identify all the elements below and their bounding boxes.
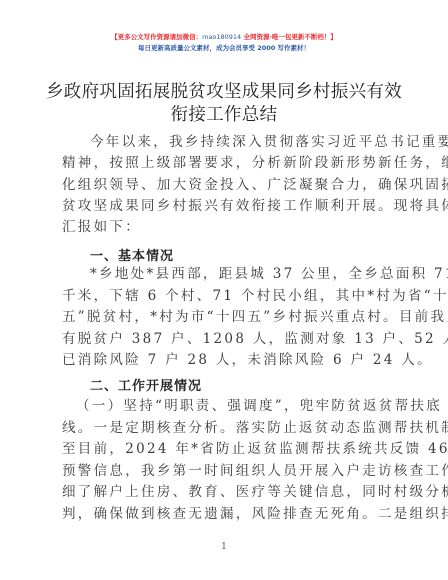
paragraph-line: 已消除风险 7 户 28 人，未消除风险 6 户 24 人。: [62, 352, 384, 368]
promo-banner-line1: 【更多公文写作资源请加微信：mao180914 全网资源·唯一包更新不断档！】: [0, 32, 448, 41]
paragraph-line: 细了解户上住房、教育、医疗等关键信息，同时村级分析研: [62, 484, 384, 500]
paragraph-line: （一）坚持“明职责、强调度”，兜牢防贫返贫帮扶底: [76, 398, 384, 414]
paragraph-line: 判，确保做到核查无遗漏，风险排查无死角。二是组织排查研: [62, 506, 384, 522]
promo-banner-line2: 每日更新高质量公文素材，成为会员享受 2000 写作素材！: [0, 43, 448, 52]
document-title-line2: 衔接工作总结: [0, 101, 448, 126]
wechat-id: mao180914: [202, 33, 241, 41]
paragraph-line: 今年以来，我乡持续深入贯彻落实习近平总书记重要讲话: [90, 134, 384, 150]
paragraph-line: 线。一是定期核查分析。落实防止返贫动态监测帮扶机制，截: [62, 420, 384, 436]
paragraph-line: *乡地处*县西部，距县城 37 公里，全乡总面积 71 平方: [90, 266, 384, 282]
section-heading-basic-info: 一、基本情况: [90, 245, 174, 264]
paragraph-line: 精神，按照上级部署要求，分析新阶段新形势新任务，继续强: [62, 155, 384, 171]
document-title-line1: 乡政府巩固拓展脱贫攻坚成果同乡村振兴有效: [0, 78, 448, 103]
paragraph-line: 五”脱贫村，*村为市“十四五”乡村振兴重点村。目前我乡共: [62, 309, 384, 325]
page-number: 1: [0, 542, 448, 552]
paragraph-line: 汇报如下：: [62, 219, 384, 235]
paragraph-line: 至目前，2024 年*省防止返贫监测帮扶系统共反馈 46 条部门: [62, 441, 384, 457]
paragraph-line: 有脱贫户 387 户、1208 人，监测对象 13 户、52 人，其中: [62, 331, 384, 347]
paragraph-line: 预警信息，我乡第一时间组织人员开展入户走访核查工作，详: [62, 463, 384, 479]
paragraph-line: 化组织领导、加大资金投入、广泛凝聚合力，确保巩固拓展脱: [62, 177, 384, 193]
paragraph-line: 千米，下辖 6 个村、71 个村民小组，其中*村为省“十三: [62, 288, 384, 304]
paragraph-line: 贫攻坚成果同乡村振兴有效衔接工作顺利开展。现将具体情况: [62, 198, 384, 214]
section-heading-work-progress: 二、工作开展情况: [90, 375, 202, 394]
